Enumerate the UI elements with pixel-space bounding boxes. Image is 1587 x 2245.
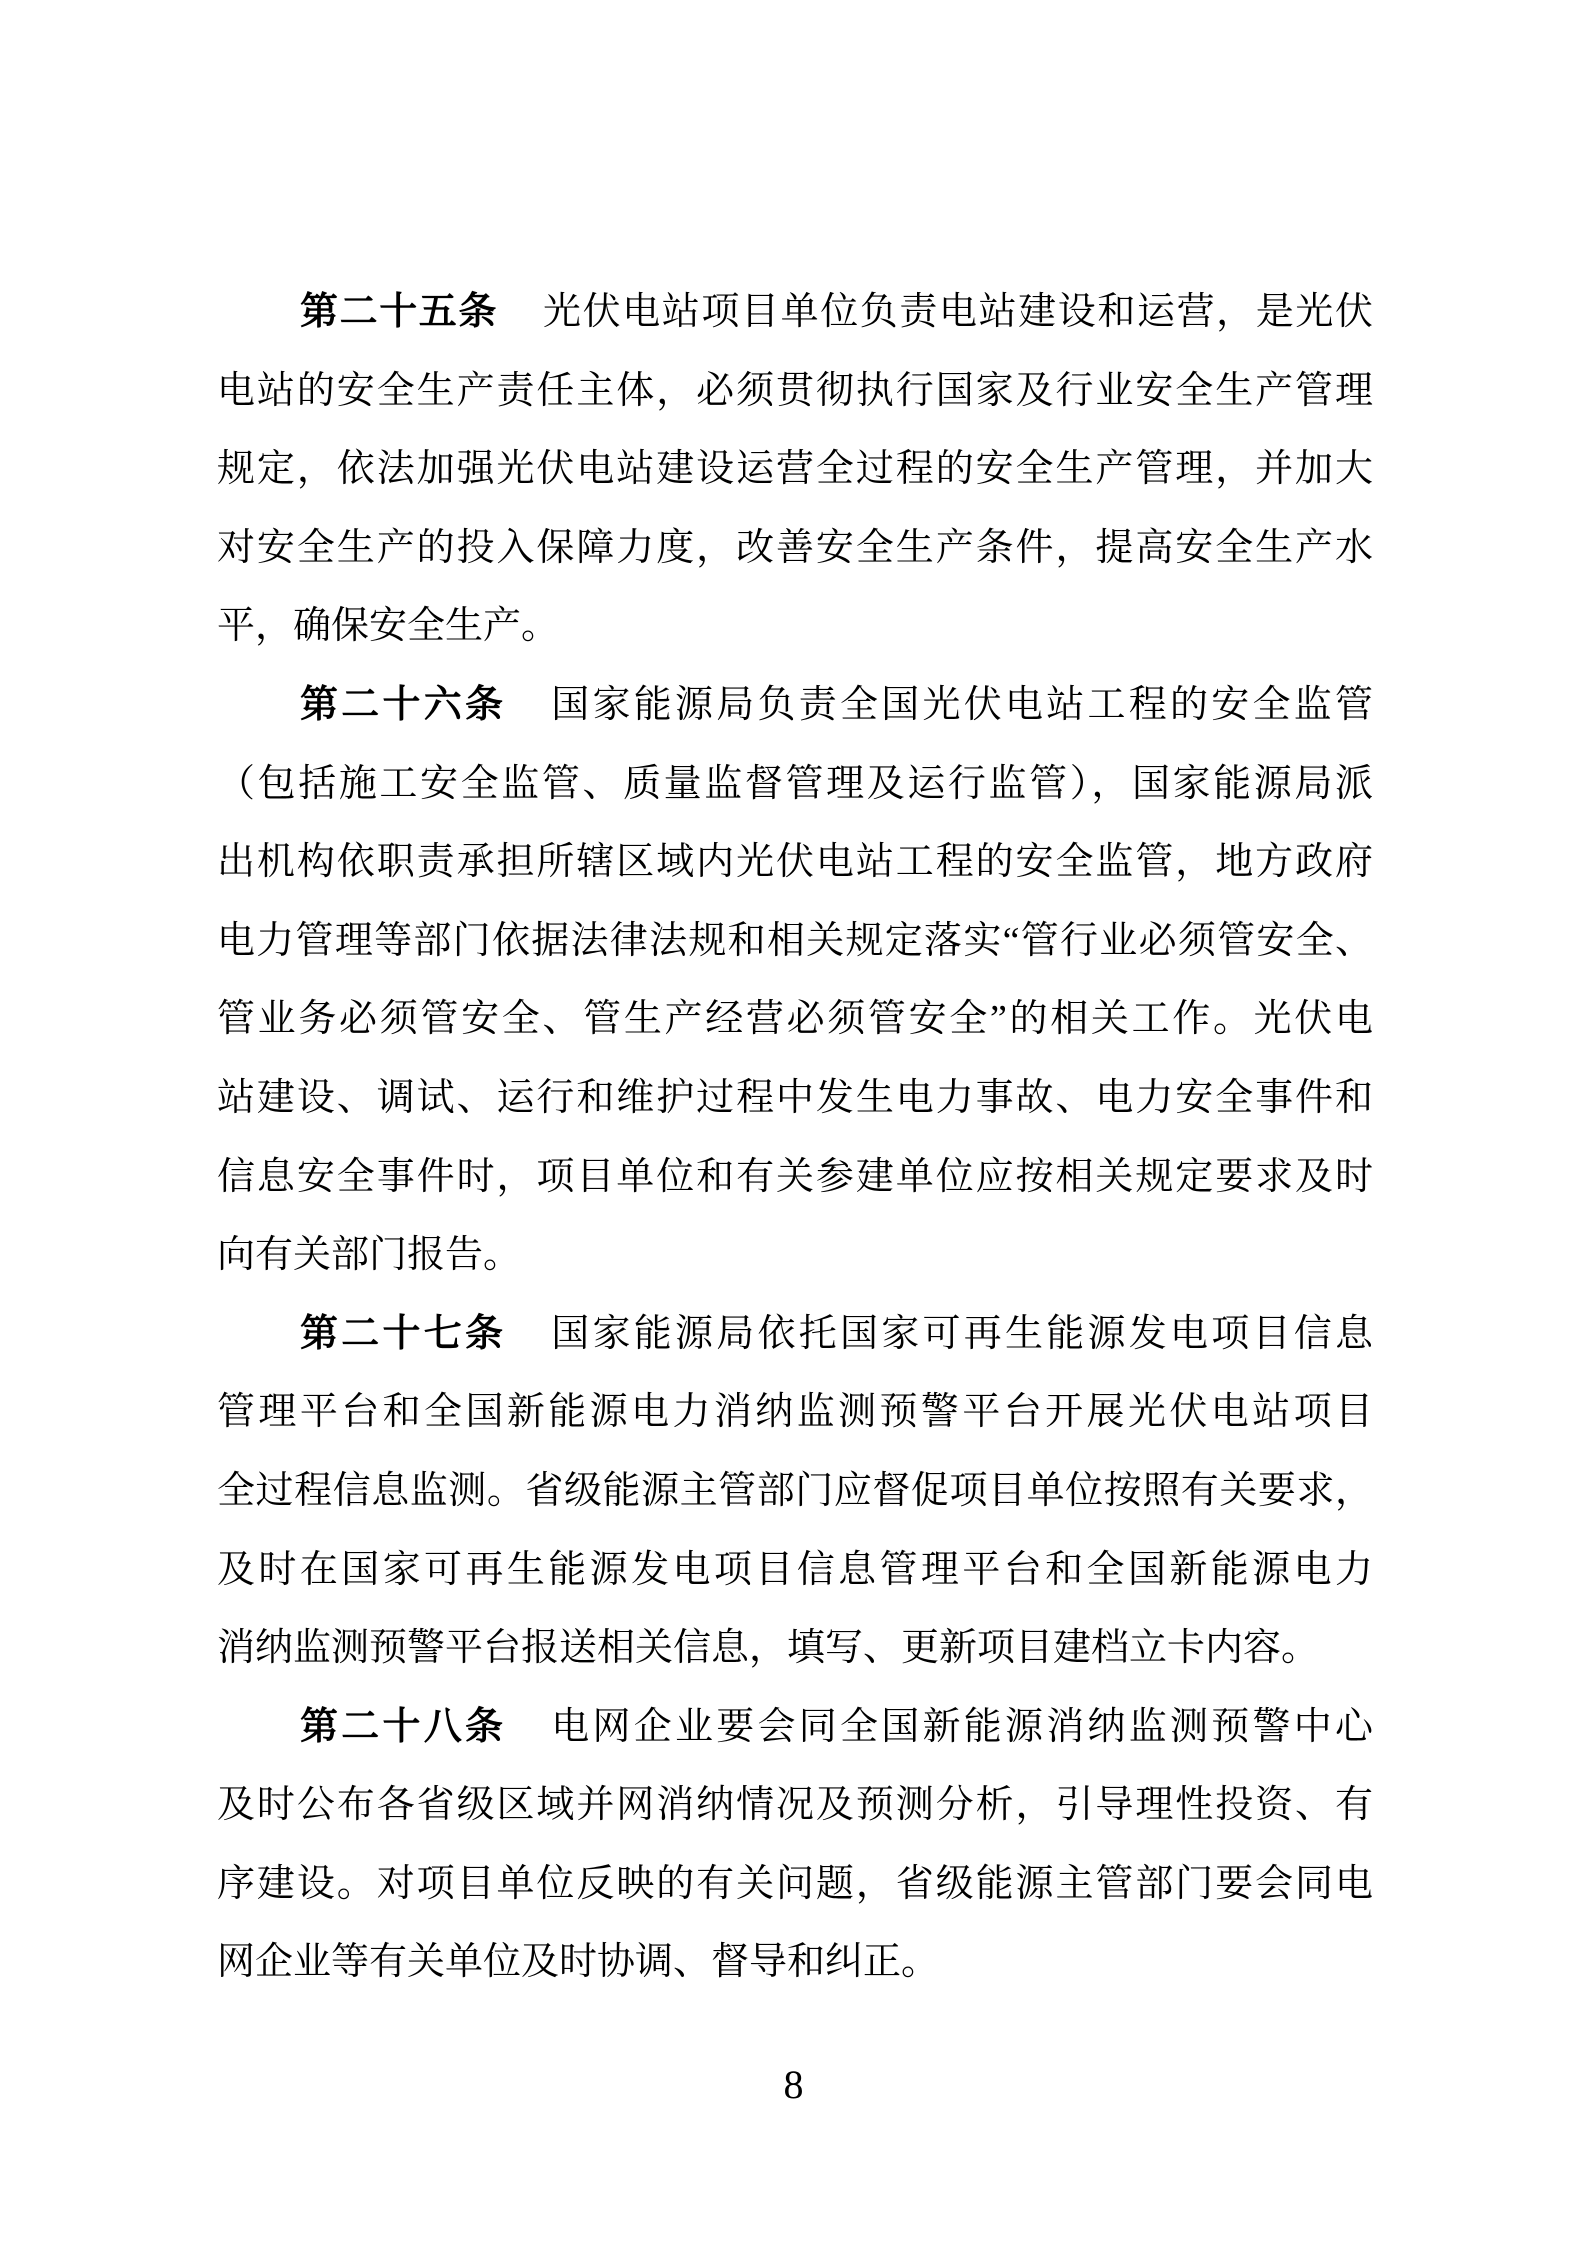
- article-28-number: 第二十八条: [300, 1706, 506, 1748]
- article-25-number: 第二十五条: [300, 291, 498, 333]
- paragraph-line: 向有关部门报告。: [217, 1216, 1373, 1295]
- paragraph-line: 网企业等有关单位及时协调、督导和纠正。: [217, 1923, 1373, 2002]
- paragraph-line: 电站的安全生产责任主体，必须贯彻执行国家及行业安全生产管理: [217, 352, 1373, 431]
- article-28-lead-text: 电网企业要会同全国新能源消纳监测预警中心: [551, 1706, 1373, 1748]
- paragraph-line: 站建设、调试、运行和维护过程中发生电力事故、电力安全事件和: [217, 1059, 1373, 1138]
- article-27-lead-text: 国家能源局依托国家可再生能源发电项目信息: [551, 1313, 1373, 1355]
- paragraph-line: 平，确保安全生产。: [217, 587, 1373, 666]
- paragraph-line: 及时在国家可再生能源发电项目信息管理平台和全国新能源电力: [217, 1531, 1373, 1610]
- paragraph-line: 电力管理等部门依据法律法规和相关规定落实“管行业必须管安全、: [217, 902, 1373, 981]
- article-27-number: 第二十七条: [300, 1313, 506, 1355]
- paragraph-line: 信息安全事件时，项目单位和有关参建单位应按相关规定要求及时: [217, 1138, 1373, 1217]
- article-25-lead-text: 光伏电站项目单位负责电站建设和运营，是光伏: [543, 291, 1373, 333]
- document-page: 第二十五条光伏电站项目单位负责电站建设和运营，是光伏 电站的安全生产责任主体，必…: [0, 0, 1587, 2245]
- paragraph-line: 管业务必须管安全、管生产经营必须管安全”的相关工作。光伏电: [217, 980, 1373, 1059]
- paragraph-line: 对安全生产的投入保障力度，改善安全生产条件，提高安全生产水: [217, 509, 1373, 588]
- paragraph-line: （包括施工安全监管、质量监督管理及运行监管），国家能源局派: [217, 745, 1373, 824]
- paragraph-line: 序建设。对项目单位反映的有关问题，省级能源主管部门要会同电: [217, 1845, 1373, 1924]
- document-body: 第二十五条光伏电站项目单位负责电站建设和运营，是光伏 电站的安全生产责任主体，必…: [217, 273, 1373, 2002]
- paragraph-line: 全过程信息监测。省级能源主管部门应督促项目单位按照有关要求，: [217, 1452, 1373, 1531]
- article-26-heading-line: 第二十六条国家能源局负责全国光伏电站工程的安全监管: [217, 666, 1373, 745]
- article-25-heading-line: 第二十五条光伏电站项目单位负责电站建设和运营，是光伏: [217, 273, 1373, 352]
- article-26-lead-text: 国家能源局负责全国光伏电站工程的安全监管: [551, 684, 1373, 726]
- paragraph-line: 消纳监测预警平台报送相关信息，填写、更新项目建档立卡内容。: [217, 1609, 1373, 1688]
- paragraph-line: 规定，依法加强光伏电站建设运营全过程的安全生产管理，并加大: [217, 430, 1373, 509]
- page-number: 8: [0, 2062, 1587, 2108]
- article-26-number: 第二十六条: [300, 684, 506, 726]
- paragraph-line: 出机构依职责承担所辖区域内光伏电站工程的安全监管，地方政府: [217, 823, 1373, 902]
- article-27-heading-line: 第二十七条国家能源局依托国家可再生能源发电项目信息: [217, 1295, 1373, 1374]
- article-28-heading-line: 第二十八条电网企业要会同全国新能源消纳监测预警中心: [217, 1688, 1373, 1767]
- paragraph-line: 管理平台和全国新能源电力消纳监测预警平台开展光伏电站项目: [217, 1373, 1373, 1452]
- paragraph-line: 及时公布各省级区域并网消纳情况及预测分析，引导理性投资、有: [217, 1766, 1373, 1845]
